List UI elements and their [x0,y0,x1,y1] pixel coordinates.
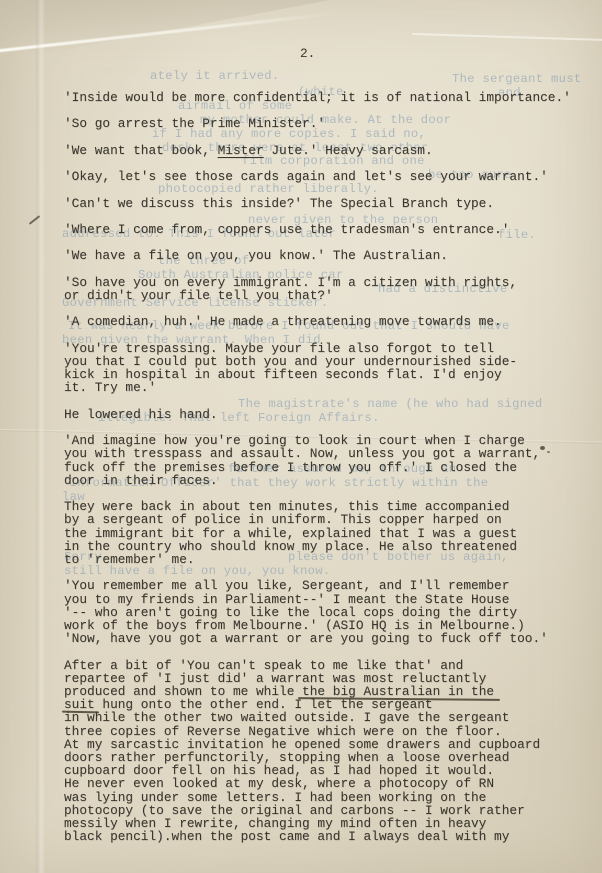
paragraph: 'You remember me all you like, Sergeant,… [64,579,584,645]
text-run: suit hung onto the other end. I let the … [64,697,540,844]
vertical-fold-crease [36,0,45,873]
text-run: 'A comedian, huh.' He made a threatening… [64,314,502,329]
paragraph: 'You're trespassing. Maybe your file als… [64,342,584,395]
paragraph: 'Inside would be more confidential; it i… [64,91,584,104]
text-run: They were back in about ten minutes, thi… [64,499,517,567]
paragraph: 'A comedian, huh.' He made a threatening… [64,315,584,328]
paragraph: 'And imagine how you're going to look in… [64,434,584,487]
text-run: Jute.' Heavy sarcasm. [264,143,433,158]
paragraph: 'We have a file on you, you know.' The A… [64,249,584,262]
text-run: 'So have you on every immigrant. I'm a c… [64,275,517,303]
text-run: 'Where I come from, coppers use the trad… [64,222,509,237]
text-run: 'Inside would be more confidential; it i… [64,90,571,105]
paragraph: 'Can't we discuss this inside?' The Spec… [64,197,584,210]
text-run: 'Can't we discuss this inside?' The Spec… [64,196,494,211]
paper-speck [547,451,550,453]
paper-speck [540,446,545,450]
scanned-typescript-page: ately it arrived. The sergeant must (whi… [0,0,602,873]
paragraph: They were back in about ten minutes, thi… [64,500,584,566]
paragraph: 'Where I come from, coppers use the trad… [64,223,584,236]
top-left-fold-crease [0,12,340,53]
text-run: 'And imagine how you're going to look in… [64,433,540,488]
text-run: 'We have a file on you, you know.' The A… [64,248,448,263]
ghost-text-fragment: The sergeant must [452,73,581,86]
page-number: 2. [300,46,315,61]
paragraph: 'So have you on every immigrant. I'm a c… [64,276,584,302]
text-run: 'You remember me all you like, Sergeant,… [64,578,548,646]
text-run: 'You're trespassing. Maybe your file als… [64,341,517,396]
typed-text-block: 'Inside would be more confidential; it i… [64,91,584,857]
paragraph: He lowered his hand. [64,408,584,421]
underlined-text-run: Mister [218,143,264,158]
paragraph: 'Okay, let's see those cards again and l… [64,170,584,183]
paragraph: After a bit of 'You can't speak to me li… [64,659,584,844]
ghost-text-fragment: ately it arrived. [150,70,279,83]
text-run: He lowered his hand. [64,407,218,422]
text-run: 'So go arrest the Prime Minister.' [64,116,325,131]
paragraph: 'We want that book, Mister Jute.' Heavy … [64,144,584,157]
text-run: 'Okay, let's see those cards again and l… [64,169,548,184]
paragraph: 'So go arrest the Prime Minister.' [64,117,584,130]
text-run: 'We want that book, [64,143,218,158]
top-right-crease [412,33,602,41]
